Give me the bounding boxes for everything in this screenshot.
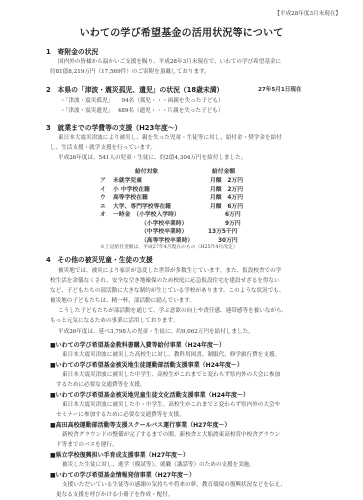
section1-line-1: 国内外の皆様から温かいご支援を賜り、平成28年3月末現在で、いわての学び希望基金… <box>58 57 281 65</box>
section4-line-6: もっと元気になるための事業に活用しております。 <box>50 316 178 324</box>
section1-heading: 1 寄附金の状況 <box>46 46 98 56</box>
program-description: 東日本大震災津波に被災した小・中学生、高校生がこれまでと変わらず県内外の大会や <box>62 400 280 408</box>
program-title: ■高田高校運動部活動等支援スクールバス運行事業（H27年度～） <box>50 420 231 429</box>
section4-line-1: 被災地では、被災により家計が急変した世帯が多数生じています。また、仮設校舎での学 <box>58 266 281 274</box>
program-description: 支援いただいている生徒等の感謝の気持ちや将来の夢、教育環境の復興状況などを伝え、 <box>62 480 286 488</box>
program-description: 新校舎グラウンドの整備が完了するまでの間、新校舎と大船渡東高校萱中校舎グラウン <box>62 430 280 438</box>
program-title: ■県立学校復興担い手育成支援事業（H27年度～） <box>50 450 189 459</box>
orphans-item: ・「津波・震災孤児」 94名（孤児・・・両親を失った子ども） <box>60 96 224 104</box>
document-title: いわての学び希望基金の活用状況等について <box>0 24 363 39</box>
section3-heading: 3 就業までの学費等の支援（H23年度～） <box>46 122 181 132</box>
section4-heading: 4 その他の被災児童・生徒の支援 <box>46 254 153 264</box>
program-title: ■いわての学び希望基金被災地児童生徒文化活動支援事業（H24年度～） <box>50 390 249 399</box>
section4-line-3: など、子どもたちの部活動に大きな制約が生じている学校があります。このような状況で… <box>50 286 285 294</box>
document-page: 【平成28年度3月末現在】 いわての学び希望基金の活用状況等について 1 寄附金… <box>0 0 363 500</box>
section3-line-2: し、生活支援・就学支援を行っています。 <box>50 143 156 151</box>
program-description: セミナーに参加するために必要な交通費等を支援。 <box>56 410 185 418</box>
bereaved-item: ・「津波・震災遺児」 489名（遺児・・・片親を失った子ども） <box>60 106 223 114</box>
section4-line-5: こうした子どもたちが部活動を通じて、学ぶ意欲の向上や責任感、連帯感等を養いながら… <box>58 306 287 314</box>
program-description: 東日本大震災津波に被災した高校生に対し、教科用図書、制服代、修学旅行費を支援。 <box>62 350 280 358</box>
program-description: ド等までのバスを運行。 <box>56 440 118 448</box>
program-title: ■いわての学び希望基金教科書購入費等給付事業（H24年度～） <box>50 340 225 349</box>
section2-as-of: 27年5月1日現在 <box>258 85 302 93</box>
program-description: 更なる支援を呼びかける小冊子を作成・配付。 <box>56 490 173 498</box>
section4-line-4: 被災地の子どもたちは、精一杯、部活動に励んでいます。 <box>50 296 195 304</box>
section3-line-3: 平成26年度は、541人の児童・生徒に、約2億4,304万円を給付しました。 <box>58 153 246 161</box>
table-row-mark: オ <box>100 209 106 218</box>
program-description: 東日本大震災津波に被災した中学生、高校生がこれまでと変わらず県内外の大会に参加 <box>62 370 280 378</box>
table-note: ※上記給付金額は、平成27年4月現在のもの（H25年4月改定） <box>100 243 238 250</box>
table-header-amount: 給付金額 <box>212 166 235 175</box>
program-description: 被災した生徒に対し、進学（模試等）、就職（講話等）のための支援を実施。 <box>62 460 255 468</box>
program-title: ■いわての学び希望基金被災地生徒運動部活動支援事業（H24年度～） <box>50 360 243 369</box>
program-description: するために必要な交通費等を支援。 <box>56 380 146 388</box>
table-header-target: 給付対象 <box>135 166 158 175</box>
section4-line-7: 平成26年度は、延べ3,798人の児童・生徒に、約9,062万円を給付しました。 <box>58 327 254 335</box>
section1-line-2: 約81億8,219万円（17,569件）のご寄附を頂戴しております。 <box>50 67 210 75</box>
program-title: ■いわての学び希望基金情報発信事業（H27年度～） <box>50 470 195 479</box>
section4-line-2: 校生活を余儀なくされ、安全な空き地確保のため校庭に応急仮設住宅を建設せざるを得な… <box>50 276 280 284</box>
date-stamp: 【平成28年度3月末現在】 <box>274 9 341 17</box>
section3-line-1: 東日本大震災津波により被災し、親を失った児童・生徒等に対し、給付金・奨学金を給付 <box>58 133 282 141</box>
section2-heading: 2 本県の「津波・震災孤児、遺児」の状況（18歳未満） <box>46 84 223 94</box>
